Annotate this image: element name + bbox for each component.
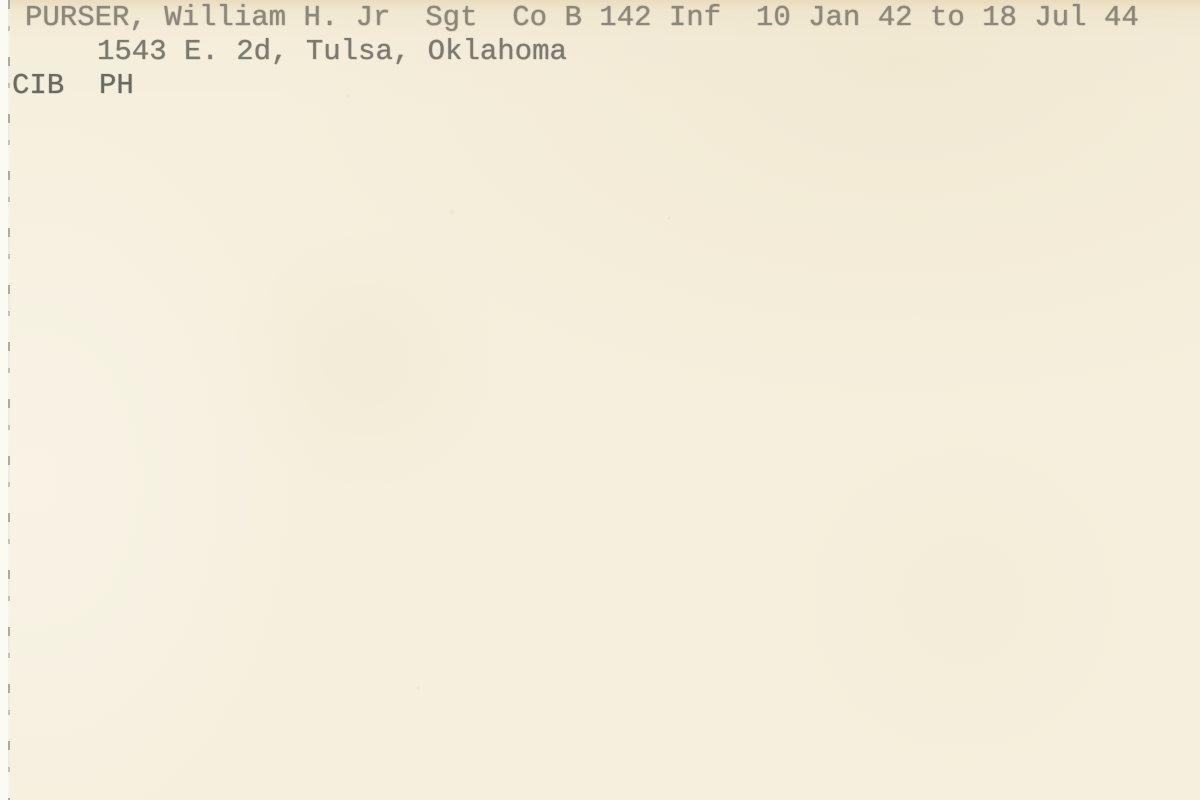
typewritten-line-decorations: CIB PH <box>12 71 134 100</box>
scanned-card-image: PURSER, William H. Jr Sgt Co B 142 Inf 1… <box>0 0 1200 800</box>
typewritten-line-name-rank-unit-dates: PURSER, William H. Jr Sgt Co B 142 Inf 1… <box>25 3 1139 32</box>
scan-page: { "card": { "lines": [ "PURSER, William … <box>0 0 1200 800</box>
card-left-edge-line <box>8 0 10 800</box>
index-card: PURSER, William H. Jr Sgt Co B 142 Inf 1… <box>10 0 1200 800</box>
typewritten-line-address: 1543 E. 2d, Tulsa, Oklahoma <box>97 37 567 66</box>
